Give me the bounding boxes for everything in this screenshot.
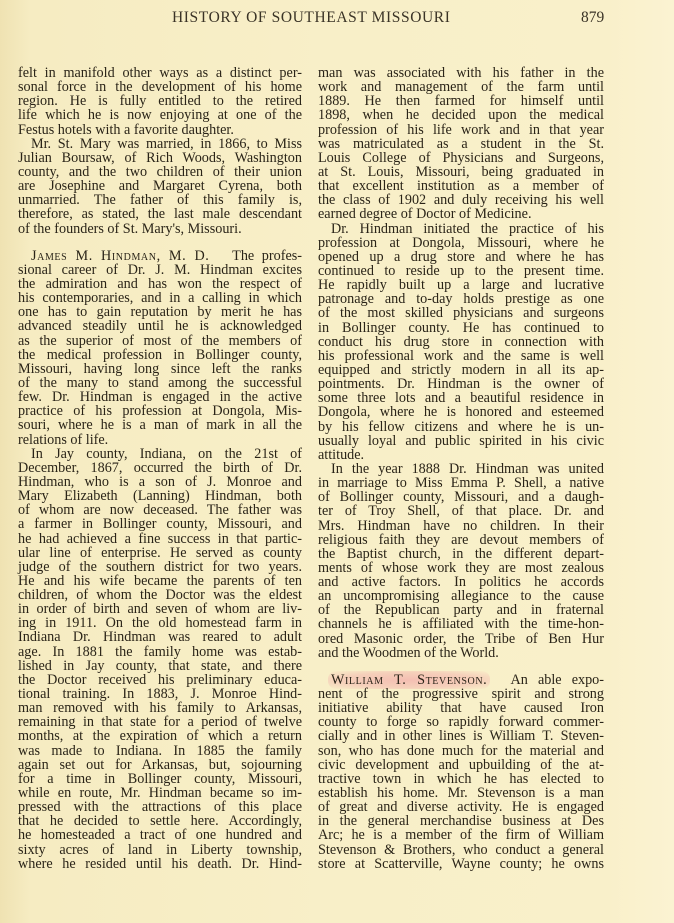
text-line: in order of birth and seven of whom are … <box>18 602 302 616</box>
text-line: therefore, as stated, the last male desc… <box>18 207 302 221</box>
paragraph-hindman-birth: In Jay county, Indiana, on the 21st of D… <box>18 447 302 871</box>
text-line: tional training. In 1883, J. Monroe Hind… <box>18 687 302 701</box>
text-line: civic development and upbuilding of the … <box>318 758 604 772</box>
text-line: the class of 1902 and duly receiving his… <box>318 193 604 207</box>
text-line: profession at Dongola, Missouri, where h… <box>318 236 604 250</box>
text-line: earned degree of Doctor of Medicine. <box>318 207 604 221</box>
text-line: life which he is now enjoying at one of … <box>18 108 302 122</box>
text-line: as the superior of most of the members o… <box>18 334 302 348</box>
text-line: where he resided until his death. Dr. Hi… <box>18 857 302 871</box>
text-line: man removed with his family to Arkansas, <box>18 701 302 715</box>
text-line: William T. Stevenson. An able expo- <box>318 673 604 687</box>
text-line: ter of Troy Shell, of that place. Dr. an… <box>318 504 604 518</box>
text-line: of Bollinger county, Missouri, and a dau… <box>318 490 604 504</box>
text-line: he homesteaded a tract of one hundred an… <box>18 828 302 842</box>
text-line: ing in 1911. On the old homestead farm i… <box>18 616 302 630</box>
text-line: his professional work and the same is we… <box>318 349 604 363</box>
text-line: Indiana Dr. Hindman was reared to adult <box>18 630 302 644</box>
text-line: of the most skilled physicians and surge… <box>318 306 604 320</box>
text-line: are Josephine and Margaret Cyrena, both <box>18 179 302 193</box>
text-line: and the Woodmen of the World. <box>318 646 604 660</box>
paragraph-st-mary-retirement: felt in manifold other ways as a distinc… <box>18 66 302 137</box>
text-line: Stevenson & Brothers, who conduct a gene… <box>318 843 604 857</box>
text-line: the medical profession in Bollinger coun… <box>18 348 302 362</box>
text-line: of the Republican party and in fraternal <box>318 603 604 617</box>
paragraph-hindman-practice: Dr. Hindman initiated the practice of hi… <box>318 222 604 462</box>
text-line: of great and diverse activity. He is eng… <box>318 800 604 814</box>
text-line: at St. Louis, Missouri, being graduated … <box>318 165 604 179</box>
text-line: one has to gain reputation by merit he h… <box>18 305 302 319</box>
text-line: son, who has done much for the material … <box>318 744 604 758</box>
text-line: in marriage to Miss Emma P. Shell, a nat… <box>318 476 604 490</box>
text-line: some three lots and a beautiful residenc… <box>318 391 604 405</box>
text-line: usually loyal and public spirited in his… <box>318 434 604 448</box>
text-line: age. In 1881 the family home was estab- <box>18 645 302 659</box>
text-line: remaining in that state for a period of … <box>18 715 302 729</box>
text-line: and active factors. In politics he accor… <box>318 575 604 589</box>
text-line: his contemporaries, and in a calling in … <box>18 291 302 305</box>
text-line: ored Masonic order, the Tribe of Ben Hur <box>318 632 604 646</box>
text-line: the Doctor received his preliminary educ… <box>18 673 302 687</box>
text-line: Festus hotels with a favorite daughter. <box>18 123 302 137</box>
text-line: sixty acres of land in Liberty township, <box>18 843 302 857</box>
text-line: initiative ability that have caused Iron <box>318 701 604 715</box>
text-line: religious faith they are devout members … <box>318 533 604 547</box>
text-line: the Baptist church, in the different dep… <box>318 547 604 561</box>
text-line: practice of his profession at Dongola, M… <box>18 404 302 418</box>
text-line: He rapidly built up a large and lucrativ… <box>318 278 604 292</box>
text-line: in Bollinger county. He has continued to <box>318 321 604 335</box>
text-line: He and his wife became the parents of te… <box>18 574 302 588</box>
text-line: again set out for Arkansas, but, sojourn… <box>18 758 302 772</box>
text-line: an uncompromising allegiance to the caus… <box>318 589 604 603</box>
text-line: souri, where he is a man of mark in all … <box>18 418 302 432</box>
text-line: county, and the two children of their un… <box>18 165 302 179</box>
text-line: Mrs. Hindman have no children. In their <box>318 519 604 533</box>
section-james-hindman: James M. Hindman, M. D. The profes- sion… <box>18 249 302 447</box>
text-line: opened up a drug store and where he has <box>318 250 604 264</box>
text-line: tractive town in which he has elected to <box>318 772 604 786</box>
page-number: 879 <box>581 9 604 27</box>
text-line: cially and in other lines is William T. … <box>318 729 604 743</box>
text-line: for a time in Bollinger county, Missouri… <box>18 772 302 786</box>
text-line: equipped and strictly modern in all its … <box>318 363 604 377</box>
text-line: Missouri, having long since left the ran… <box>18 362 302 376</box>
text-line: Louis College of Physicians and Surgeons… <box>318 151 604 165</box>
page-header: HISTORY OF SOUTHEAST MISSOURI 879 <box>0 9 674 29</box>
paragraph-st-mary-marriage: Mr. St. Mary was married, in 1866, to Mi… <box>18 137 302 236</box>
text-line: In Jay county, Indiana, on the 21st of <box>18 447 302 461</box>
text-line: in the general merchandise business at D… <box>318 814 604 828</box>
text-line: sonal force in the development of his ho… <box>18 80 302 94</box>
text-line: felt in manifold other ways as a distinc… <box>18 66 302 80</box>
paragraph-hindman-marriage: In the year 1888 Dr. Hindman was united … <box>318 462 604 660</box>
running-title: HISTORY OF SOUTHEAST MISSOURI <box>172 9 451 27</box>
text-line: In the year 1888 Dr. Hindman was united <box>318 462 604 476</box>
text-line: channels he is affiliated with the time-… <box>318 617 604 631</box>
text-line: Arc; he is a member of the firm of Willi… <box>318 828 604 842</box>
text-line: ments of whose work they are most zealou… <box>318 561 604 575</box>
text-line: by his fellow citizens and where he is u… <box>318 420 604 434</box>
text-line: Mary Elizabeth (Lanning) Hindman, both <box>18 489 302 503</box>
text-line: of the founders of St. Mary's, Missouri. <box>18 222 302 236</box>
text-line: December, 1867, occurred the birth of Dr… <box>18 461 302 475</box>
text-line: the admiration and has won the respect o… <box>18 277 302 291</box>
text-line: profession of his life work and in that … <box>318 123 604 137</box>
text-line: conduct his drug store in connection wit… <box>318 335 604 349</box>
text-line: Dongola, where he is honored and esteeme… <box>318 405 604 419</box>
text-line: Dr. Hindman initiated the practice of hi… <box>318 222 604 236</box>
text-line: judge of the southern district for two y… <box>18 560 302 574</box>
text-line: lished in Jay county, that state, and th… <box>18 659 302 673</box>
text-line: Mr. St. Mary was married, in 1866, to Mi… <box>18 137 302 151</box>
text-line: few. Dr. Hindman is engaged in the activ… <box>18 390 302 404</box>
text-line: pointments. Dr. Hindman is the owner of <box>318 377 604 391</box>
text-line: work and management of the farm until <box>318 80 604 94</box>
text-line: ular line of enterprise. He served as co… <box>18 546 302 560</box>
text-line: was matriculated as a student in the St. <box>318 137 604 151</box>
section-william-stevenson: William T. Stevenson. An able expo- nent… <box>318 673 604 871</box>
text-line: sional career of Dr. J. M. Hindman excit… <box>18 263 302 277</box>
text-line: pressed with the attractions of this pla… <box>18 800 302 814</box>
text-line: unmarried. The father of this family is, <box>18 193 302 207</box>
text-line: establish his home. Mr. Stevenson is a m… <box>318 786 604 800</box>
left-column: felt in manifold other ways as a distinc… <box>18 66 302 871</box>
text-line: while en route, Mr. Hindman became so im… <box>18 786 302 800</box>
text-line: region. He is fully entitled to the reti… <box>18 94 302 108</box>
text-line: he had achieved a fine success in that p… <box>18 532 302 546</box>
text-line: that he decided to settle here. Accordin… <box>18 814 302 828</box>
text-line: of whom are now deceased. The father was <box>18 503 302 517</box>
text-line: 1889. He then farmed for himself until <box>318 94 604 108</box>
text-line: store at Scatterville, Wayne county; he … <box>318 857 604 871</box>
text-line: man was associated with his father in th… <box>318 66 604 80</box>
text-line: a farmer in Bollinger county, Missouri, … <box>18 517 302 531</box>
text-line: of the many to stand among the successfu… <box>18 376 302 390</box>
text-line: that excellent institution as a member o… <box>318 179 604 193</box>
text-line: advanced steadily until he is acknowledg… <box>18 319 302 333</box>
text-line: Hindman, who is a son of J. Monroe and <box>18 475 302 489</box>
text-line: relations of life. <box>18 433 302 447</box>
right-column: man was associated with his father in th… <box>318 66 604 871</box>
paragraph-hindman-education: man was associated with his father in th… <box>318 66 604 222</box>
text-line: was made to Indiana. In 1885 the family <box>18 744 302 758</box>
text-line: 1898, when he decided upon the medical <box>318 108 604 122</box>
text-line: Julian Boursaw, of Rich Woods, Washingto… <box>18 151 302 165</box>
text-line: months, at the expiration of which a ret… <box>18 729 302 743</box>
text-line: patronage and to-day holds prestige as o… <box>318 292 604 306</box>
text-line: children, of whom the Doctor was the eld… <box>18 588 302 602</box>
text-line: county to forge so rapidly forward comme… <box>318 715 604 729</box>
text-line: attitude. <box>318 448 604 462</box>
text-line: James M. Hindman, M. D. The profes- <box>18 249 302 263</box>
text-line: continued to reside up to the present ti… <box>318 264 604 278</box>
text-line: nent of the progressive spirit and stron… <box>318 687 604 701</box>
